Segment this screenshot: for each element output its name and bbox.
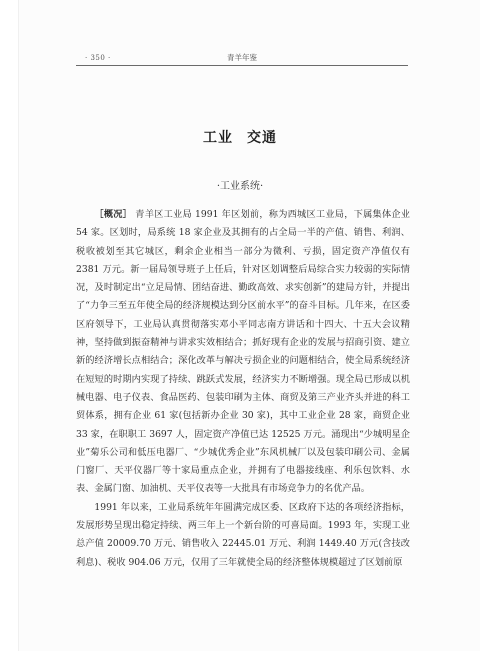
paragraph-text: 青羊区工业局 1991 年区划前，称为西城区工业局，下属集体企业 54 家。区划… (76, 209, 410, 494)
book-title: 青羊年鉴 (76, 51, 408, 65)
header-rule-divider (76, 65, 408, 66)
running-head: · 350 · 青羊年鉴 (76, 51, 408, 65)
chapter-title-part1: 工业 (203, 130, 233, 146)
chapter-title: 工业交通 (0, 128, 480, 148)
chapter-title-part2: 交通 (247, 130, 277, 146)
section-title: ·工业系统· (0, 180, 480, 194)
paragraph-label: ［概况］ (94, 209, 132, 220)
paragraph-1991: 1991 年以来，工业局系统年年圆满完成区委、区政府下达的各项经济指标，发展形势… (76, 499, 410, 572)
paragraph-overview: ［概况］ 青羊区工业局 1991 年区划前，称为西城区工业局，下属集体企业 54… (76, 206, 410, 499)
paragraph-text: 1991 年以来，工业局系统年年圆满完成区委、区政府下达的各项经济指标，发展形势… (76, 502, 410, 568)
body-text: ［概况］ 青羊区工业局 1991 年区划前，称为西城区工业局，下属集体企业 54… (76, 206, 410, 572)
